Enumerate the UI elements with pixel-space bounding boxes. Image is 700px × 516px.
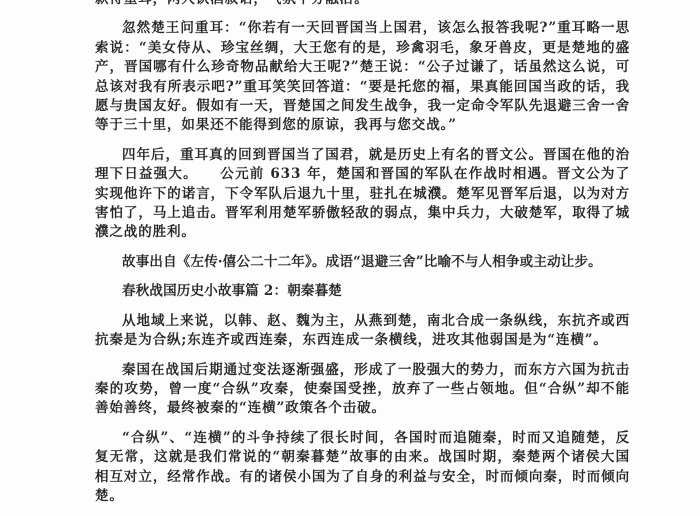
heading-story-2: 春秋战国历史小故事篇 2：朝秦暮楚 <box>95 282 630 301</box>
paragraph-hezong-lianheng-geography: 从地域上来说，以韩、赵、魏为主，从燕到楚，南北合成一条纵线，东抗齐或西抗秦是为合… <box>95 312 630 351</box>
paragraph-chao-qin-mu-chu: “合纵”、“连横”的斗争持续了很长时间，各国时而追随秦，时而又追随楚，反复无常，… <box>95 429 630 470</box>
paragraph-chuwang-dialogue: 忽然楚王问重耳：“你若有一天回晋国当上国君，该怎么报答我呢?”重耳略一思索说：“… <box>95 19 630 135</box>
document-page: 款待重耳，两人饮酒叙话，气氛十分融洽。 忽然楚王问重耳：“你若有一天回晋国当上国… <box>95 0 630 470</box>
clipped-paragraph-tail: 款待重耳，两人饮酒叙话，气氛十分融洽。 <box>95 0 630 9</box>
paragraph-idiom-source: 故事出自《左传·僖公二十二年》。成语“退避三舍”比喻不与人相争或主动让步。 <box>95 253 630 272</box>
paragraph-qin-rise: 秦国在战国后期通过变法逐渐强盛，形成了一股强大的势力，而东方六国为抗击秦的攻势，… <box>95 361 630 419</box>
paragraph-chengpu-battle: 四年后，重耳真的回到晋国当了国君，就是历史上有名的晋文公。晋国在他的治理下日益强… <box>95 146 630 243</box>
